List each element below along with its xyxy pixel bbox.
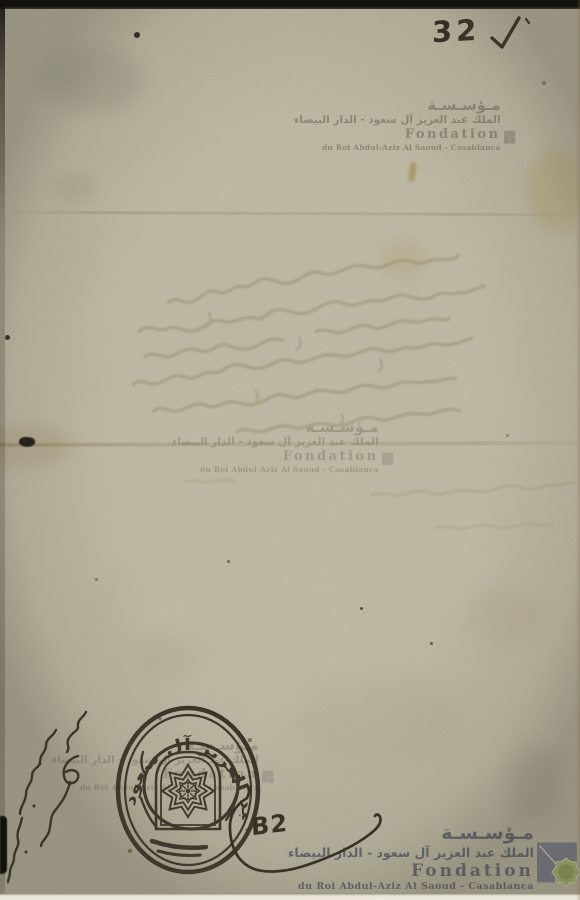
folio-number: 32 [432, 13, 480, 50]
seal-ring-text: عبد العزيز آل سعود [0, 0, 257, 820]
registration-code: B2 [250, 809, 288, 842]
scan-edge-right [576, 0, 580, 900]
checkmark-icon [492, 18, 529, 47]
manuscript-scan-page: مـؤسـسـة الملك عبد العزيز آل سعود - الدا… [0, 0, 580, 900]
seal-bottom-bars [152, 841, 206, 856]
ink-seal: عبد العزيز آل سعود [0, 0, 258, 872]
marginal-signature [8, 712, 86, 882]
svg-text:عبد العزيز آل سعود: عبد العزيز آل سعود [0, 0, 257, 820]
ink-layer: عبد العزيز آل سعود [0, 0, 580, 900]
paper-edge-bottom [0, 893, 580, 900]
seal-rosette [180, 783, 197, 800]
scan-edge-top [0, 0, 580, 9]
seal-star-icon [162, 765, 214, 817]
scan-edge-left [0, 0, 5, 900]
scan-edge-left-wedge [0, 816, 7, 874]
